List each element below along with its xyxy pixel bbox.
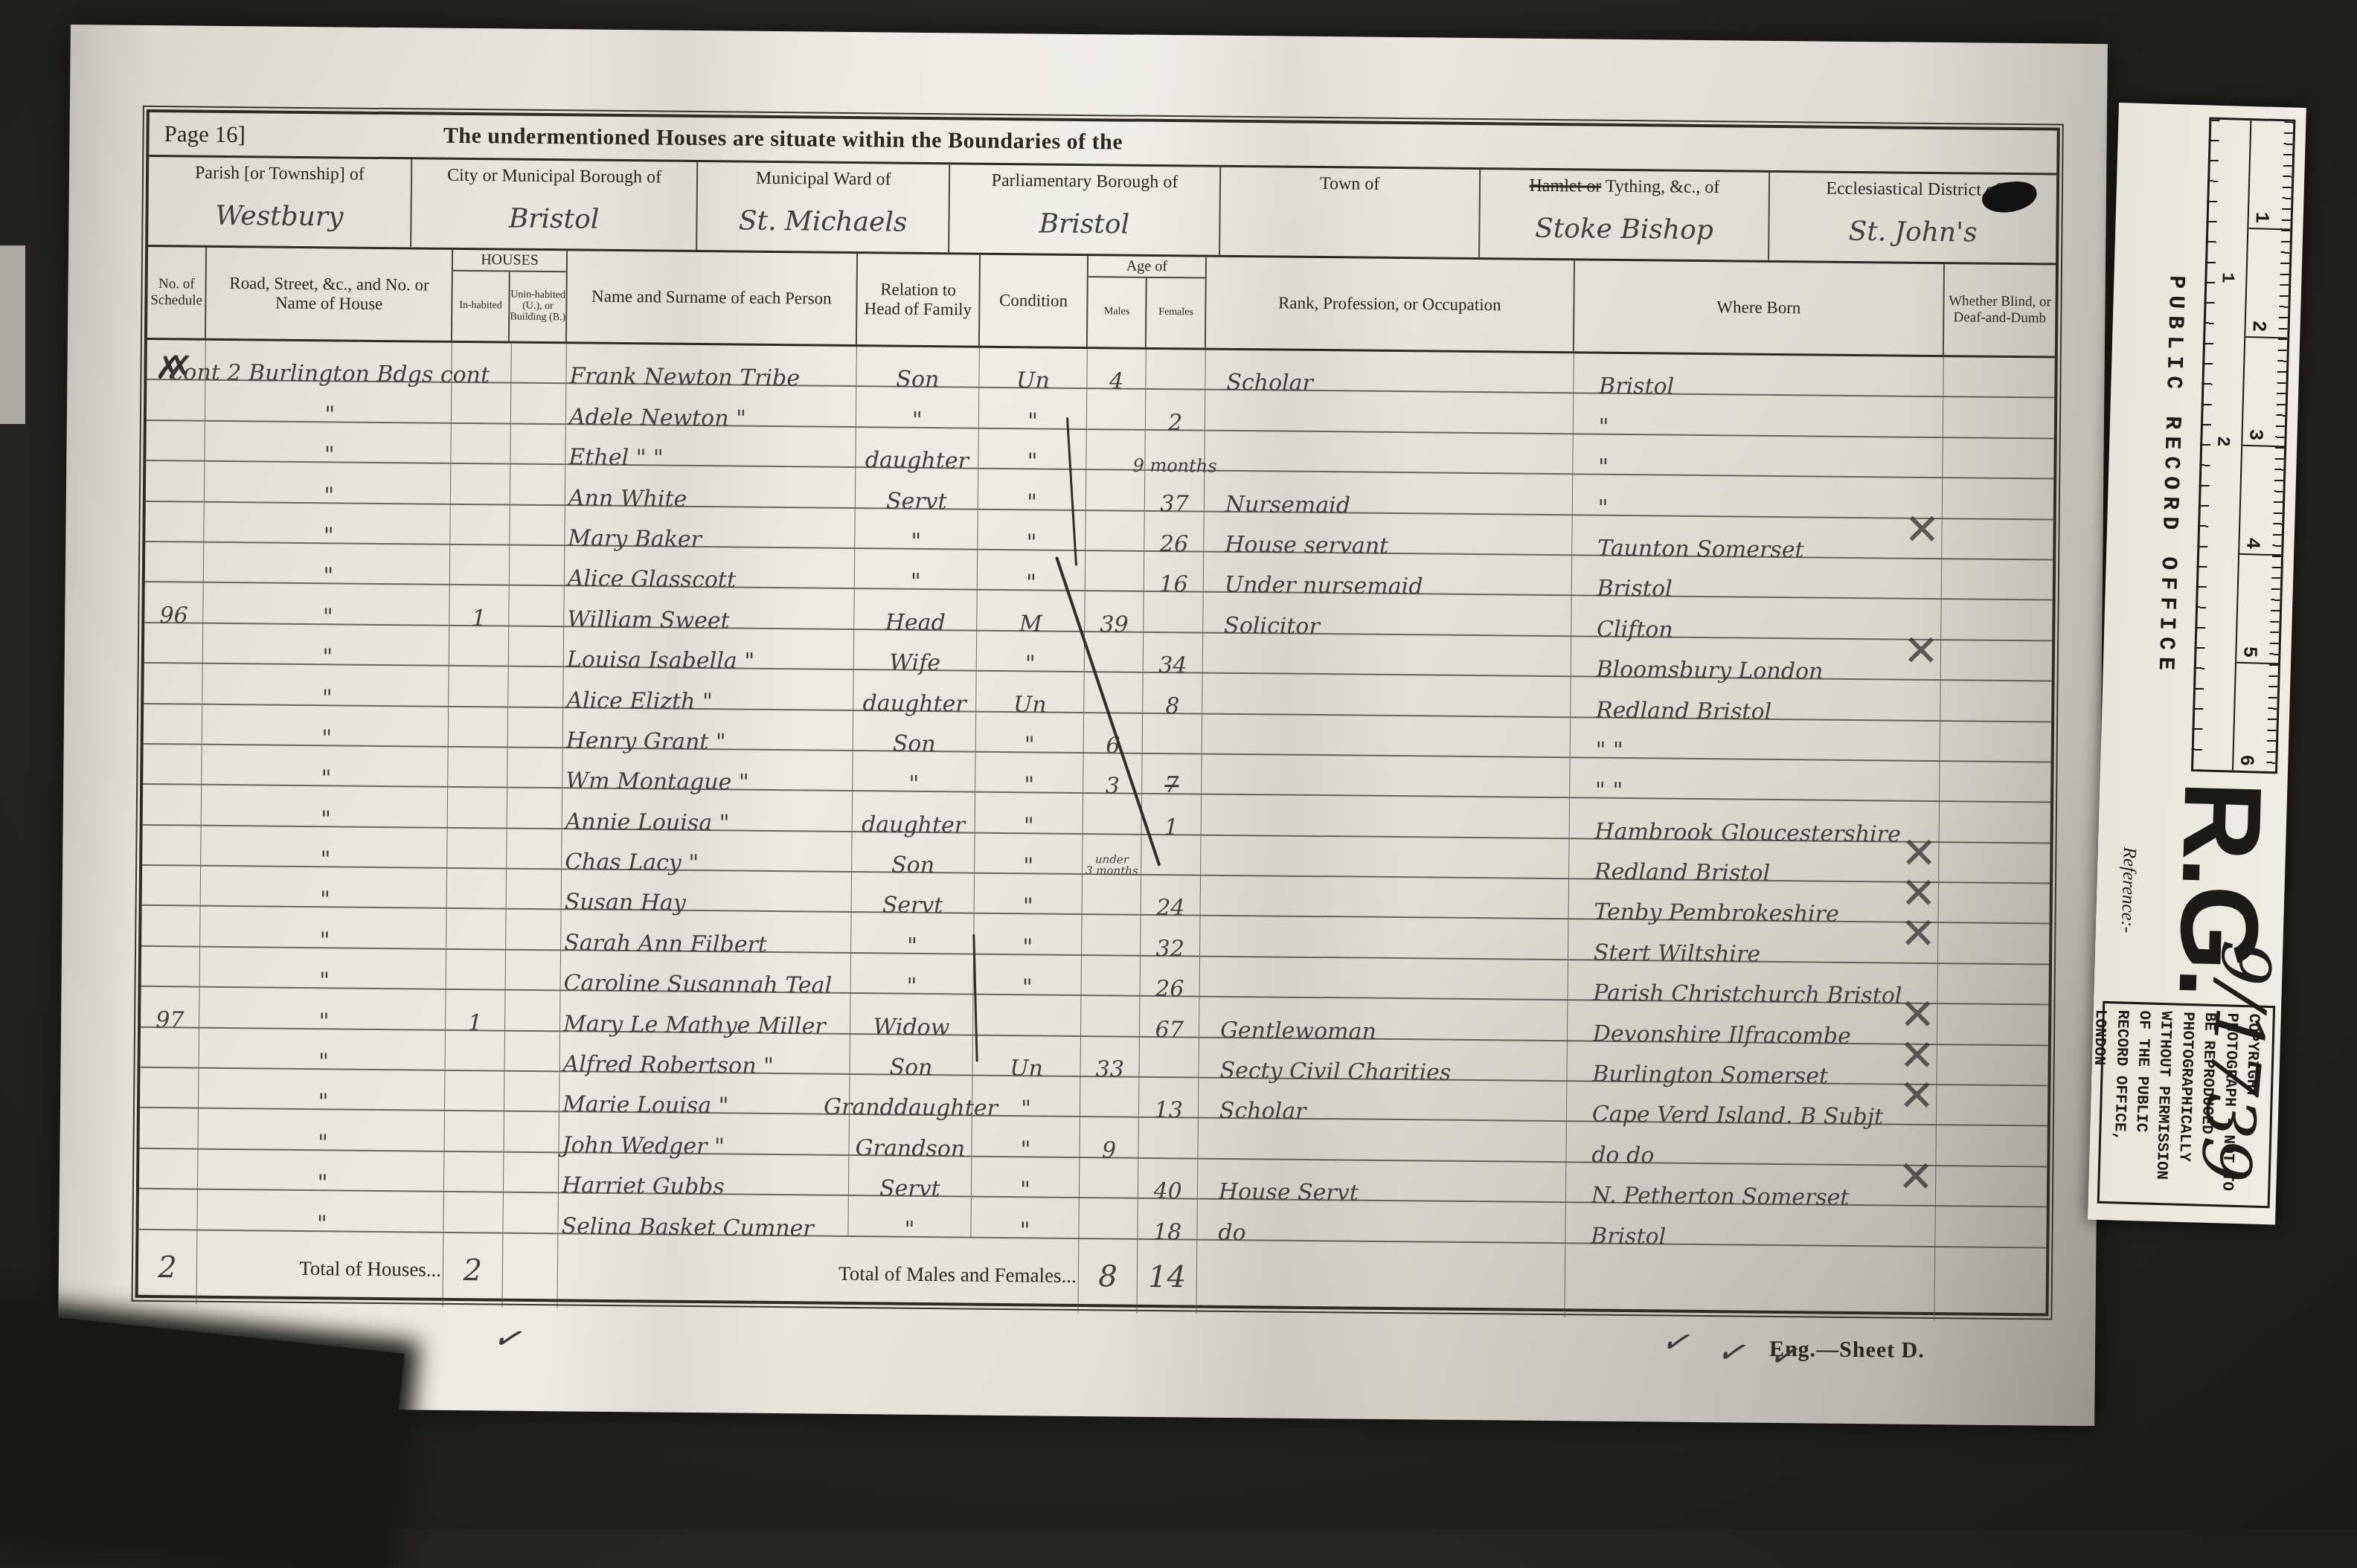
cell-inh — [449, 707, 508, 746]
cell-rel: daughter — [853, 670, 977, 710]
cell-cond: " — [978, 550, 1085, 591]
header-field-value: Westbury — [148, 200, 410, 233]
pen-x-mark: ✕ — [1900, 913, 1937, 956]
cell-f: 40 — [1138, 1159, 1198, 1198]
cell-occ — [1202, 754, 1570, 797]
cell-inh — [449, 666, 508, 706]
houses-group-title: HOUSES — [453, 250, 566, 272]
side-label: 123456 1 2 PUBLIC RECORD OFFICE R.G. 9/1… — [2119, 103, 2320, 1233]
column-headers: No. of Schedule Road, Street, &c., and N… — [147, 247, 2056, 359]
cell-occ: Secty Civil Charities — [1199, 1038, 1567, 1080]
cell-sched — [143, 745, 202, 784]
cell-sched — [138, 1189, 198, 1229]
header-field-label: Municipal Ward of — [698, 168, 949, 191]
cell-born: Bristol — [1574, 353, 1944, 396]
cell-blind — [1937, 1085, 2047, 1125]
cell-cond: " — [976, 712, 1084, 752]
cell-uninh — [507, 788, 562, 828]
cell-cond: " — [974, 954, 1082, 995]
cell-occ — [1205, 431, 1573, 473]
cell-occ — [1199, 957, 1568, 999]
cell-occ: House Servt — [1198, 1159, 1566, 1201]
header-field: Parliamentary Borough ofBristol — [949, 164, 1221, 254]
cell-inh — [444, 1152, 504, 1192]
age-group-title: Age of — [1088, 256, 1205, 279]
cell-m: 9 — [1080, 1117, 1139, 1157]
col-schedule: No. of Schedule — [147, 247, 208, 338]
form-title: The undermentioned Houses are situate wi… — [149, 121, 1417, 158]
cell-rel: daughter — [852, 791, 975, 832]
cell-inh — [452, 424, 511, 463]
cell-occ — [1205, 391, 1574, 433]
cell-blind — [1941, 600, 2052, 640]
col-age-group: Age of Males Females — [1088, 256, 1207, 348]
cell-inh — [451, 504, 510, 544]
cell-blind — [1940, 722, 2051, 762]
cell-blind — [1940, 762, 2050, 802]
cell-cond: " — [974, 914, 1082, 954]
header-field-label: Parliamentary Borough of — [950, 170, 1219, 193]
col-condition: Condition — [980, 255, 1088, 347]
total-houses-value: 2 — [443, 1253, 502, 1288]
cell-m — [1080, 1158, 1139, 1198]
header-field: Hamlet or Tything, &c., ofStoke Bishop — [1480, 170, 1771, 260]
cell-occ — [1200, 916, 1568, 959]
cell-uninh — [504, 1152, 559, 1192]
totals-left-margin: 2 — [138, 1250, 197, 1285]
col-occupation: Rank, Profession, or Occupation — [1206, 257, 1575, 352]
cell-rel: Head — [854, 589, 978, 629]
header-field: City or Municipal Borough ofBristol — [411, 159, 699, 250]
cell-cond: " — [978, 510, 1085, 550]
cell-f: 8 — [1144, 673, 1203, 713]
cell-sched — [141, 906, 201, 945]
col-uninhabited: Unin-habited (U.), or Building (B.) — [510, 272, 566, 342]
cell-occ — [1202, 795, 1570, 838]
cell-m: 4 — [1087, 349, 1147, 388]
cell-sched — [145, 542, 205, 582]
cell-uninh — [509, 586, 565, 626]
cell-blind — [1939, 843, 2050, 883]
header-field: Ecclesiastical District ofSt. John's — [1769, 173, 2056, 263]
cell-cond: " — [972, 1198, 1080, 1238]
cell-uninh — [508, 626, 564, 666]
header-field-label: Hamlet or Tything, &c., of — [1480, 176, 1768, 199]
header-field: Municipal Ward ofSt. Michaels — [698, 162, 951, 252]
cell-sched — [144, 663, 203, 703]
cell-occ: Gentlewoman — [1199, 997, 1568, 1040]
cell-m — [1079, 1198, 1138, 1238]
archival-label: 123456 1 2 PUBLIC RECORD OFFICE R.G. 9/1… — [2088, 103, 2306, 1224]
table-rows: ✗✗cont 2 Burlington Bdgs contFrank Newto… — [138, 340, 2054, 1249]
cell-f: 16 — [1144, 552, 1204, 591]
total-males-value: 8 — [1079, 1259, 1138, 1294]
cell-rel: " — [851, 913, 975, 953]
cell-f: 34 — [1144, 633, 1203, 672]
cell-inh — [444, 1192, 504, 1232]
cell-m — [1084, 672, 1144, 712]
cell-cond: " — [972, 1116, 1080, 1157]
cell-f: 13 — [1139, 1078, 1199, 1117]
cell-inh: 1 — [449, 585, 509, 625]
header-field: Town of — [1220, 167, 1481, 257]
header-field-label: Parish [or Township] of — [149, 163, 411, 186]
cell-inh — [445, 1111, 504, 1151]
ruler-cm-cell: 3 — [2242, 338, 2287, 448]
cell-f: 2 — [1146, 390, 1205, 429]
cell-uninh — [511, 344, 567, 383]
cell-rel: " — [848, 1196, 972, 1236]
cell-occ — [1202, 714, 1571, 756]
cell-m — [1085, 511, 1145, 550]
cell-inh — [452, 383, 511, 422]
cell-sched: 96 — [144, 582, 204, 622]
cell-f: 26 — [1141, 957, 1200, 996]
cell-sched — [141, 947, 201, 986]
cell-m — [1081, 996, 1141, 1035]
cell-uninh — [507, 748, 563, 787]
cell-sched: 97 — [141, 987, 200, 1026]
cell-occ — [1198, 1119, 1566, 1161]
cell-uninh — [503, 1193, 559, 1233]
cell-born: " — [1574, 394, 1944, 437]
cell-inh — [446, 909, 506, 948]
cell-uninh — [504, 1112, 559, 1151]
header-field-label: City or Municipal Borough of — [412, 165, 697, 188]
col-relation: Relation to Head of Family — [857, 254, 981, 346]
cell-blind — [1937, 1004, 2048, 1044]
cell-blind — [1938, 964, 2049, 1004]
cell-cond: Un — [979, 348, 1087, 388]
cell-inh — [448, 788, 507, 827]
cell-blind — [1943, 478, 2053, 518]
cell-rel: " — [850, 954, 974, 994]
cell-rel: daughter — [856, 428, 979, 468]
col-name: Name and Surname of each Person — [567, 251, 858, 344]
header-field-value: Bristol — [411, 202, 696, 236]
cell-f: 24 — [1141, 875, 1201, 915]
cell-f: 32 — [1141, 916, 1200, 955]
cell-name: Susan Hay — [562, 870, 852, 911]
col-blind-deaf: Whether Blind, or Deaf-and-Dumb — [1944, 264, 2056, 356]
col-houses-group: HOUSES In-habited Unin-habited (U.), or … — [452, 250, 568, 341]
photo-edge-artifact — [0, 245, 25, 424]
cell-cond: " — [975, 874, 1083, 914]
cell-inh — [446, 950, 506, 989]
pen-x-mark: ✕ — [1902, 629, 1939, 672]
cell-occ: do — [1197, 1200, 1565, 1242]
cell-m — [1080, 1077, 1140, 1116]
cell-inh — [449, 626, 509, 666]
form-border: Page 16] The undermentioned Houses are s… — [132, 106, 2064, 1320]
cell-rel: Granddaughter — [850, 1075, 973, 1115]
header-field-label: Town of — [1221, 173, 1479, 196]
ruler-inch-2: 2 — [2212, 436, 2232, 447]
cell-f — [1139, 1118, 1199, 1157]
total-males-females-label: Total of Males and Females... — [558, 1259, 1078, 1288]
ruler-cm-cell: 5 — [2236, 555, 2281, 665]
cell-name: Ann White — [565, 465, 856, 507]
cell-born: " " — [1570, 758, 1940, 800]
header-field-value: St. Michaels — [698, 205, 949, 238]
header-field-value: St. John's — [1770, 216, 2056, 249]
total-females-value: 14 — [1138, 1259, 1196, 1294]
cell-sched — [142, 826, 202, 865]
cell-occ — [1201, 835, 1569, 878]
form-border-inner: Page 16] The undermentioned Houses are s… — [135, 109, 2060, 1317]
cell-name: Sarah Ann Filbert — [561, 910, 851, 952]
cell-sched — [141, 1028, 200, 1067]
cell-rel: " — [855, 509, 978, 549]
cell-f: 37 — [1145, 471, 1205, 510]
cell-uninh — [504, 1072, 560, 1111]
cell-sched — [143, 785, 202, 824]
cell-m: under3 months — [1083, 835, 1142, 874]
total-houses-label: Total of Houses... — [197, 1256, 443, 1282]
pen-tick: ✓ — [490, 1317, 525, 1360]
cell-blind — [1941, 640, 2052, 681]
photo-background: Page 16] The undermentioned Houses are s… — [0, 0, 2357, 1529]
cell-born: Taunton Somerset✕ — [1572, 515, 1943, 558]
ruler-cm-cell: 1 — [2248, 121, 2293, 231]
copyright-stamp: COPYRIGHT PHOTOGRAPH - NOT TO BE REPRODU… — [2097, 1001, 2276, 1208]
cell-born: Clifton — [1571, 597, 1942, 639]
header-field-value: Bristol — [949, 208, 1219, 240]
cell-blind — [1937, 1045, 2048, 1085]
cell-born: N. Petherton Somerset✕ — [1566, 1163, 1937, 1205]
cell-m: 33 — [1080, 1037, 1140, 1076]
cell-rel: Son — [856, 347, 980, 387]
cell-occ: House servant — [1204, 512, 1572, 554]
cell-rel: Son — [850, 1035, 973, 1075]
cell-blind — [1940, 802, 2050, 842]
cell-inh: 1 — [446, 990, 505, 1029]
cell-uninh — [507, 829, 562, 868]
cell-rel: Servt — [851, 873, 975, 913]
cell-uninh — [510, 505, 565, 544]
ruler-cm-cell: 6 — [2233, 663, 2278, 772]
cell-occ — [1202, 674, 1571, 716]
cell-blind — [1943, 397, 2054, 437]
cell-born: Bloomsbury London✕ — [1571, 637, 1941, 679]
cell-cond: " — [975, 793, 1083, 833]
cell-occ — [1200, 876, 1568, 919]
cell-f: 1 — [1142, 794, 1202, 834]
cell-sched — [139, 1149, 199, 1189]
cell-cond: " — [972, 1157, 1080, 1197]
cell-occ: Scholar — [1205, 350, 1574, 393]
cell-blind — [1938, 924, 2049, 964]
cell-m: 39 — [1085, 591, 1144, 631]
cell-f: 7 — [1143, 754, 1202, 794]
col-road: Road, Street, &c., and No. or Name of Ho… — [206, 248, 453, 341]
cell-uninh — [510, 465, 566, 504]
cell-inh — [450, 545, 510, 585]
pen-x-mark: ✕ — [1899, 1075, 1935, 1118]
header-field: Parish [or Township] ofWestbury — [148, 157, 412, 247]
cell-uninh — [508, 667, 564, 707]
cell-inh — [447, 869, 507, 908]
cell-m — [1085, 551, 1145, 591]
cell-cond: Un — [976, 672, 1084, 712]
cell-cond — [973, 995, 1081, 1035]
cell-f — [1147, 350, 1206, 389]
cell-m — [1083, 875, 1142, 914]
cell-sched — [142, 866, 202, 905]
cell-rel: " — [853, 751, 976, 791]
cell-occ — [1203, 633, 1571, 675]
cell-blind — [1942, 519, 2053, 559]
cell-f: 18 — [1138, 1199, 1198, 1238]
header-field-value — [1221, 211, 1479, 213]
cell-blind — [1940, 681, 2051, 721]
cell-f — [1143, 713, 1202, 753]
cell-inh — [447, 829, 507, 868]
cell-cond: " — [979, 388, 1087, 428]
pen-tick: ✓ — [1766, 1334, 1800, 1377]
cell-sched — [144, 704, 203, 743]
cell-rel: Widow — [850, 994, 974, 1034]
cell-blind — [1943, 357, 2054, 397]
cell-uninh — [505, 991, 561, 1030]
cell-m — [1087, 389, 1147, 428]
reference-label: Reference:- — [2117, 846, 2140, 933]
pen-tick: ✓ — [1714, 1331, 1748, 1373]
cell-uninh — [506, 910, 562, 949]
cell-name: Alice Glasscott — [565, 546, 855, 588]
cell-uninh — [505, 950, 561, 989]
cell-born: " — [1573, 475, 1943, 517]
cell-occ: Nursemaid — [1205, 472, 1573, 514]
cell-blind — [1943, 438, 2053, 478]
pen-x-mark: ✕ — [1899, 994, 1936, 1037]
cell-road: cont 2 Burlington Bdgs cont — [206, 341, 452, 382]
cell-rel: Wife — [853, 630, 977, 670]
cell-blind — [1939, 883, 2050, 923]
ruler-inch-1: 1 — [2216, 272, 2236, 283]
cell-uninh — [506, 870, 562, 909]
col-females: Females — [1147, 278, 1205, 348]
cell-sched — [146, 421, 205, 460]
cell-uninh — [510, 424, 566, 463]
cell-rel: " — [855, 549, 978, 589]
cell-inh — [451, 464, 510, 504]
ruler-cm-cell: 2 — [2245, 229, 2290, 339]
cell-blind — [1937, 1125, 2047, 1166]
cell-f: 67 — [1140, 997, 1199, 1036]
cell-cond: " — [977, 631, 1085, 671]
cell-blind — [1942, 559, 2053, 600]
cell-f: 9 months — [1146, 431, 1205, 470]
header-field-value: Stoke Bishop — [1480, 213, 1768, 246]
public-record-office-label: PUBLIC RECORD OFFICE — [2149, 179, 2191, 774]
cell-uninh — [507, 707, 563, 747]
pen-tick: ✓ — [1658, 1321, 1693, 1363]
cell-name: Mary Baker — [565, 506, 855, 547]
cell-m — [1086, 470, 1146, 510]
cell-name: Frank Newton Tribe — [566, 344, 856, 385]
cell-m — [1082, 915, 1141, 954]
cell-sched — [146, 461, 205, 501]
cell-f — [1140, 1037, 1199, 1076]
cell-blind — [1936, 1206, 2047, 1247]
cell-m — [1083, 794, 1143, 833]
census-sheet: Page 16] The undermentioned Houses are s… — [57, 25, 2108, 1426]
cell-born: Hambrook Gloucestershire — [1569, 799, 1940, 841]
cell-f: 26 — [1145, 511, 1205, 550]
col-males: Males — [1088, 277, 1147, 347]
cell-uninh — [504, 1031, 560, 1070]
pen-x-mark: ✕ — [1898, 1155, 1934, 1198]
cell-sched — [144, 623, 204, 663]
cell-uninh — [509, 546, 565, 585]
cell-inh — [448, 748, 507, 787]
cell-sched — [145, 501, 205, 541]
col-where-born: Where Born — [1574, 260, 1946, 355]
ruler: 123456 1 2 — [2191, 117, 2296, 774]
cell-inh — [446, 1030, 505, 1070]
col-inhabited: In-habited — [452, 271, 510, 341]
cell-f — [1144, 592, 1204, 632]
cell-inh — [445, 1071, 504, 1111]
cell-blind — [1936, 1166, 2047, 1206]
cell-uninh — [511, 384, 567, 423]
cell-sched — [140, 1068, 199, 1108]
ruler-cm-cell: 4 — [2239, 446, 2284, 556]
cell-rel: " — [856, 387, 980, 427]
cell-sched — [139, 1108, 199, 1148]
cell-cond: Un — [973, 1035, 1081, 1076]
cell-cond: " — [975, 833, 1083, 873]
cell-born: " — [1573, 434, 1943, 477]
cell-cond: " — [975, 753, 1083, 793]
pen-x-mark: ✕ — [1904, 508, 1940, 551]
cell-m — [1082, 956, 1141, 995]
